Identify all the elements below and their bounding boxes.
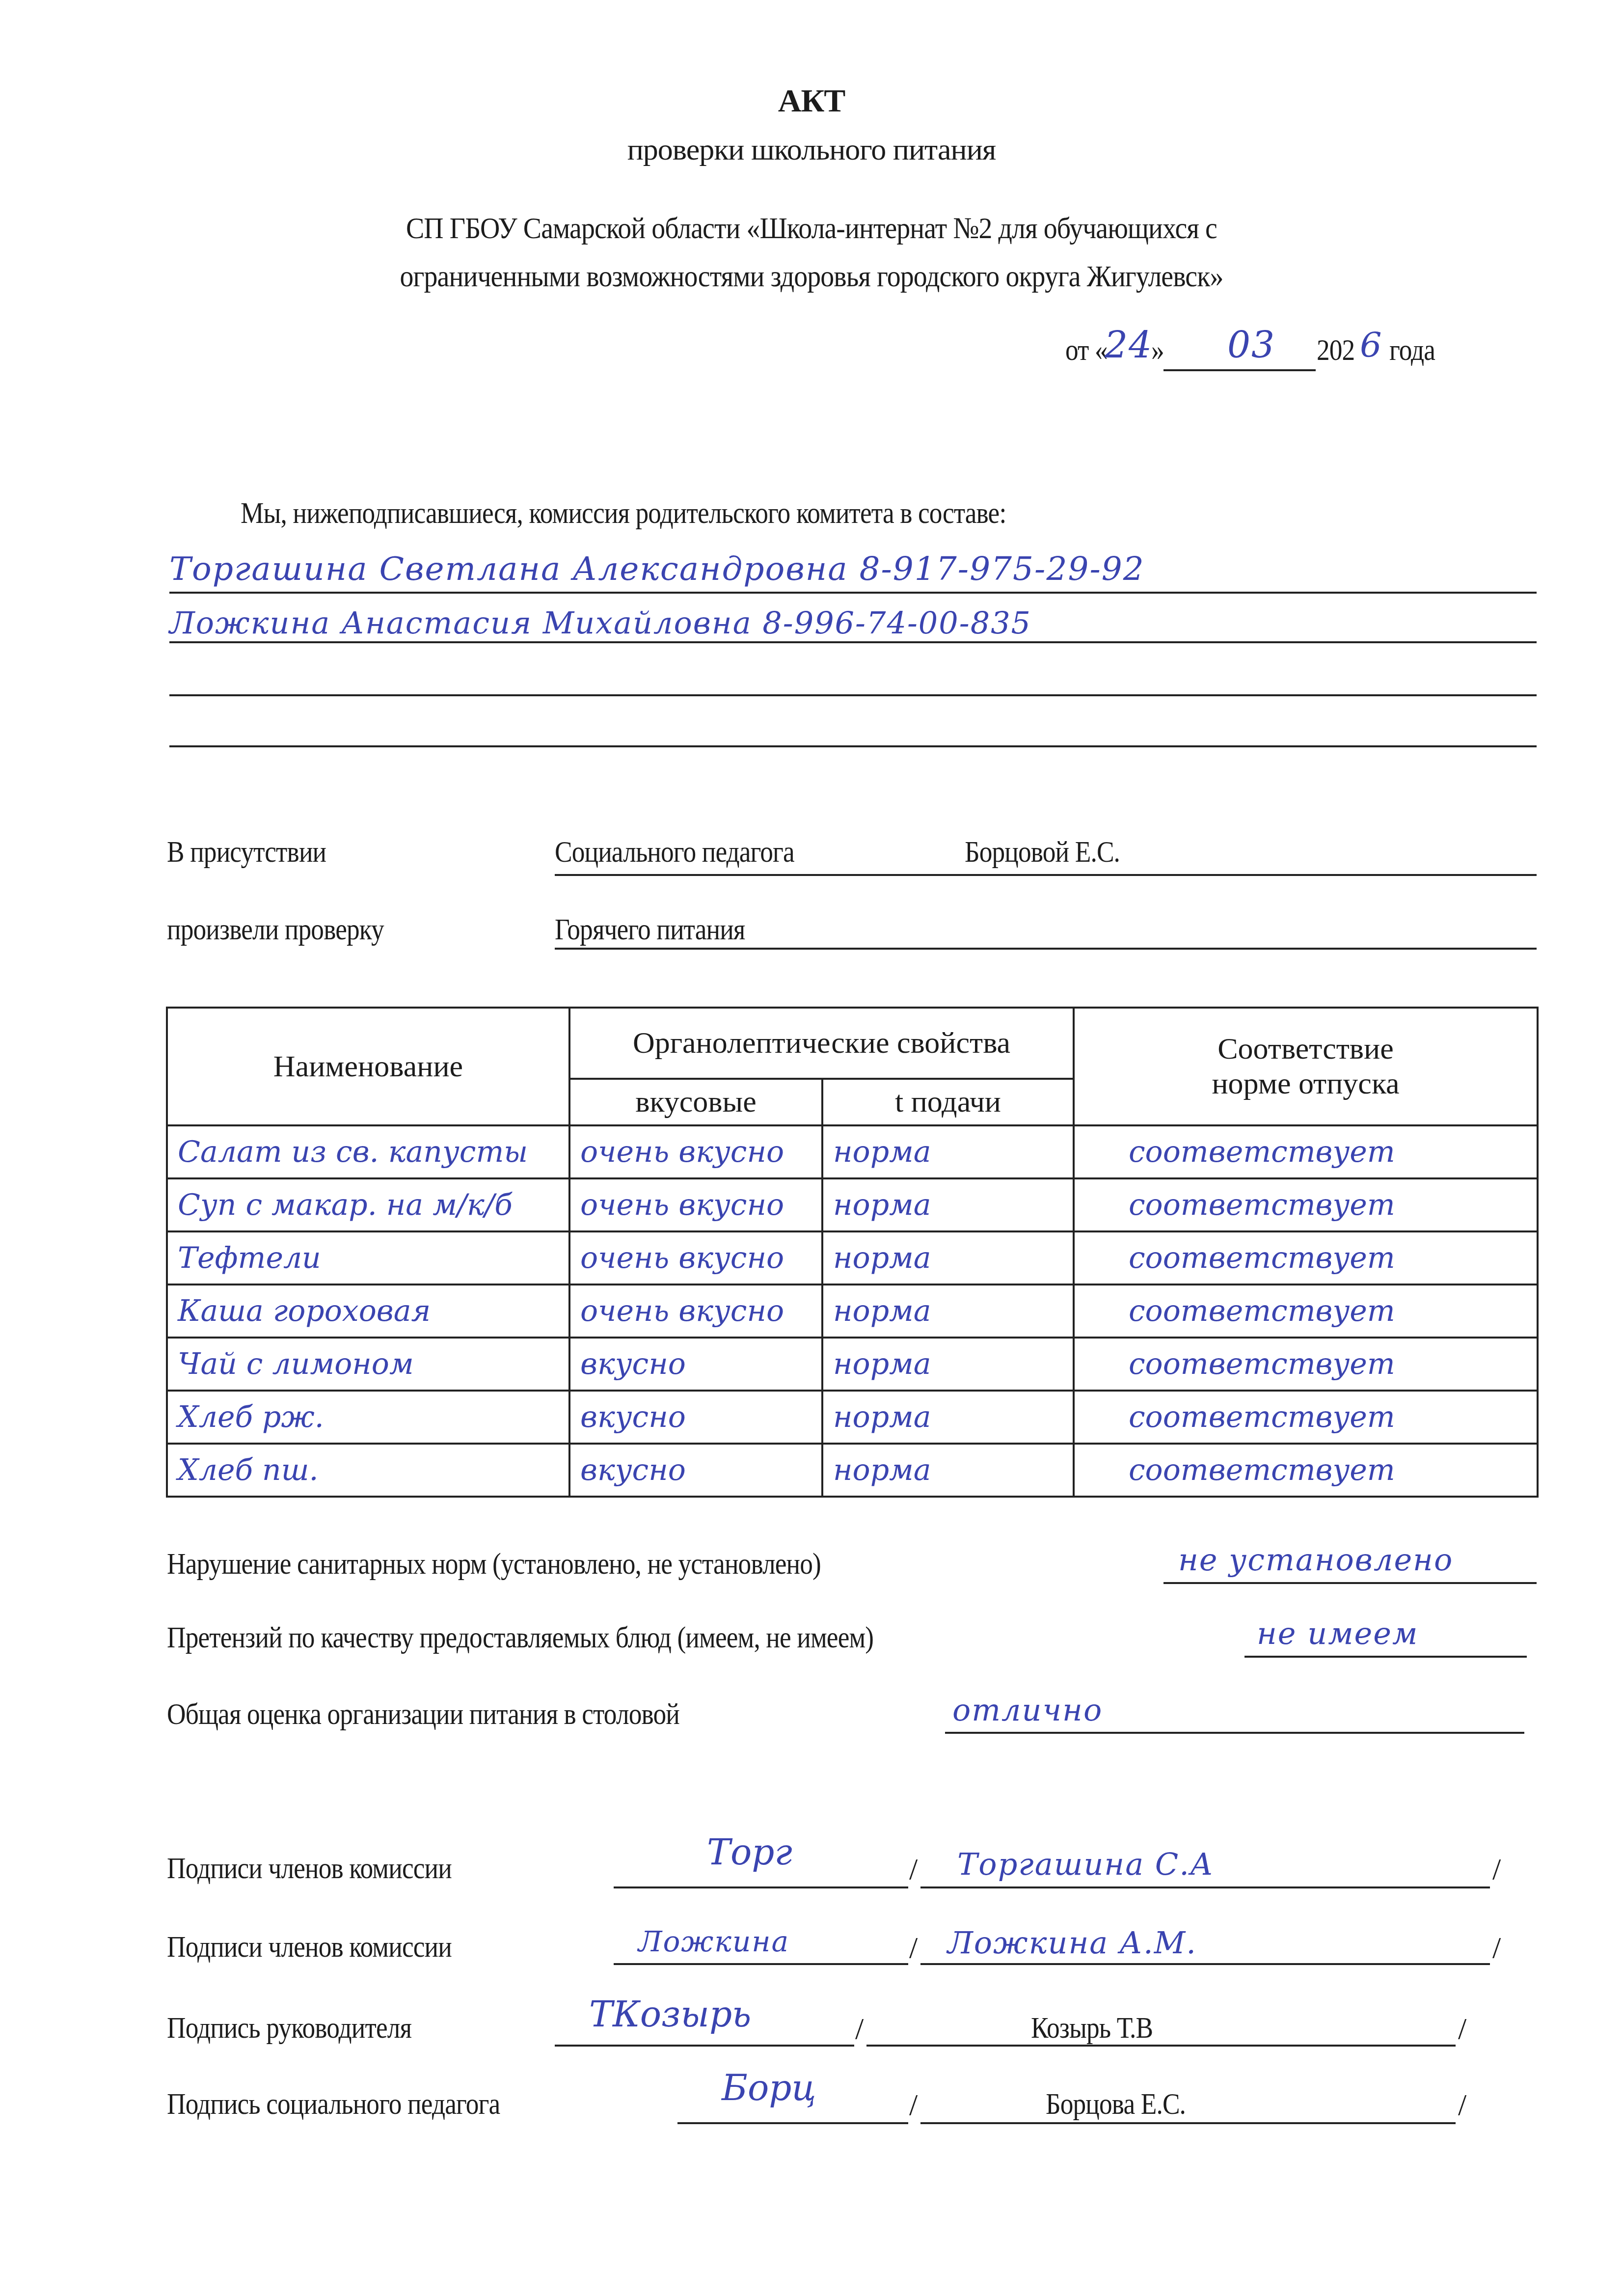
member-line-3 [169, 694, 1537, 696]
header-name: Наименование [167, 1008, 569, 1125]
date-year-prefix: 202 [1317, 333, 1354, 368]
sanitary-label: Нарушение санитарных норм (установлено, … [167, 1547, 821, 1582]
member-line-4 [169, 745, 1537, 747]
presence-role: Социального педагога [555, 835, 794, 870]
cell-taste[interactable]: вкусно [569, 1444, 822, 1497]
cell-name[interactable]: Тефтели [167, 1231, 569, 1285]
cell-name[interactable]: Суп с макар. на м/к/б [167, 1178, 569, 1231]
cell-taste[interactable]: очень вкусно [569, 1178, 822, 1231]
cell-compliance[interactable]: соответствует [1074, 1444, 1538, 1497]
cell-compliance[interactable]: соответствует [1074, 1125, 1538, 1178]
member-line-2 [169, 641, 1537, 643]
signature-name[interactable]: Ложкина А.М. [947, 1925, 1197, 1961]
slash-divider: / [1492, 1931, 1501, 1966]
cell-compliance[interactable]: соответствует [1074, 1178, 1538, 1231]
signature-name: Борцова Е.С. [1046, 2087, 1186, 2122]
signature-underline [614, 1886, 908, 1888]
sanitary-value[interactable]: не установлено [1178, 1542, 1453, 1578]
signature-mark[interactable]: Торг [707, 1831, 792, 1873]
cell-temp[interactable]: норма [822, 1338, 1074, 1391]
signature-underline [614, 1963, 908, 1965]
signature-label: Подписи членов комиссии [167, 1930, 452, 1965]
presence-name: Борцовой Е.С. [965, 835, 1120, 870]
commission-member-1[interactable]: Торгашина Светлана Александровна 8-917-9… [169, 550, 1145, 588]
organization-line-1: СП ГБОУ Самарской области «Школа-интерна… [81, 211, 1542, 246]
cell-name[interactable]: Чай с лимоном [167, 1338, 569, 1391]
cell-compliance[interactable]: соответствует [1074, 1338, 1538, 1391]
date-month[interactable]: 03 [1227, 324, 1275, 366]
slash-divider: / [1458, 2088, 1466, 2123]
inspection-label: произвели проверку [167, 912, 384, 947]
table-row: Чай с лимоном вкусно норма соответствует [167, 1338, 1538, 1391]
cell-taste[interactable]: очень вкусно [569, 1231, 822, 1285]
cell-taste[interactable]: очень вкусно [569, 1285, 822, 1338]
signature-label: Подпись руководителя [167, 2011, 411, 2046]
date-suffix: года [1389, 333, 1435, 368]
cell-taste[interactable]: вкусно [569, 1338, 822, 1391]
signature-label: Подпись социального педагога [167, 2087, 500, 2122]
slash-divider: / [855, 2012, 864, 2047]
overall-value[interactable]: отлично [952, 1692, 1103, 1728]
slash-divider: / [1492, 1852, 1501, 1887]
organization-line-2: ограниченными возможностями здоровья гор… [81, 259, 1542, 294]
table-row: Суп с макар. на м/к/б очень вкусно норма… [167, 1178, 1538, 1231]
table-row: Каша гороховая очень вкусно норма соотве… [167, 1285, 1538, 1338]
signature-label: Подписи членов комиссии [167, 1851, 452, 1886]
cell-temp[interactable]: норма [822, 1178, 1074, 1231]
claims-underline [1244, 1656, 1527, 1658]
date-year-last-digit[interactable]: 6 [1360, 325, 1383, 365]
signature-underline [677, 2122, 908, 2124]
cell-taste[interactable]: очень вкусно [569, 1125, 822, 1178]
cell-temp[interactable]: норма [822, 1444, 1074, 1497]
cell-taste[interactable]: вкусно [569, 1391, 822, 1444]
slash-divider: / [909, 2088, 918, 2123]
table-row: Салат из св. капусты очень вкусно норма … [167, 1125, 1538, 1178]
commission-member-2[interactable]: Ложкина Анастасия Михайловна 8-996-74-00… [169, 605, 1031, 641]
sanitary-underline [1163, 1582, 1537, 1584]
cell-name[interactable]: Хлеб рж. [167, 1391, 569, 1444]
name-underline [866, 2045, 1456, 2047]
inspection-underline [555, 948, 1537, 950]
header-organoleptic: Органолептические свойства [569, 1008, 1074, 1079]
header-temp: t подачи [822, 1079, 1074, 1125]
cell-name[interactable]: Салат из св. капусты [167, 1125, 569, 1178]
header-compliance: Соответствие норме отпуска [1074, 1008, 1538, 1125]
cell-name[interactable]: Хлеб пш. [167, 1444, 569, 1497]
name-underline [920, 1886, 1490, 1888]
member-line-1 [169, 592, 1537, 594]
document-subtitle: проверки школьного питания [0, 133, 1623, 167]
month-underline [1163, 369, 1316, 371]
signature-mark[interactable]: Борц [722, 2067, 816, 2108]
inspection-value: Горячего питания [555, 912, 745, 947]
cell-temp[interactable]: норма [822, 1125, 1074, 1178]
cell-temp[interactable]: норма [822, 1391, 1074, 1444]
slash-divider: / [909, 1931, 918, 1966]
table-row: Тефтели очень вкусно норма соответствует [167, 1231, 1538, 1285]
slash-divider: / [909, 1852, 918, 1887]
name-underline [920, 1963, 1490, 1965]
signature-name[interactable]: Торгашина С.А [957, 1846, 1214, 1882]
signature-mark[interactable]: ТКозырь [589, 1994, 751, 2035]
date-day[interactable]: 24 [1105, 324, 1153, 366]
claims-value[interactable]: не имеем [1257, 1615, 1418, 1651]
cell-temp[interactable]: норма [822, 1231, 1074, 1285]
slash-divider: / [1458, 2012, 1466, 2047]
date-mid: » [1151, 333, 1164, 368]
table-row: Хлеб рж. вкусно норма соответствует [167, 1391, 1538, 1444]
signature-underline [555, 2045, 854, 2047]
commission-intro: Мы, нижеподписавшиеся, комиссия родитель… [241, 496, 1006, 531]
cell-compliance[interactable]: соответствует [1074, 1391, 1538, 1444]
presence-label: В присутствии [167, 835, 326, 870]
cell-compliance[interactable]: соответствует [1074, 1231, 1538, 1285]
overall-label: Общая оценка организации питания в столо… [167, 1697, 679, 1732]
header-taste: вкусовые [569, 1079, 822, 1125]
cell-temp[interactable]: норма [822, 1285, 1074, 1338]
overall-underline [945, 1732, 1524, 1734]
date-prefix: от « [1065, 333, 1108, 368]
signature-mark[interactable]: Ложкина [638, 1925, 789, 1958]
signature-name: Козырь Т.В [1031, 2011, 1153, 2046]
inspection-table: Наименование Органолептические свойства … [166, 1007, 1539, 1498]
document-title: АКТ [0, 82, 1623, 120]
claims-label: Претензий по качеству предоставляемых бл… [167, 1620, 873, 1655]
name-underline [920, 2122, 1456, 2124]
presence-underline [555, 874, 1537, 876]
cell-name[interactable]: Каша гороховая [167, 1285, 569, 1338]
document-date: от « 24 » 03 202 6 года [1065, 329, 1546, 373]
table-row: Хлеб пш. вкусно норма соответствует [167, 1444, 1538, 1497]
cell-compliance[interactable]: соответствует [1074, 1285, 1538, 1338]
